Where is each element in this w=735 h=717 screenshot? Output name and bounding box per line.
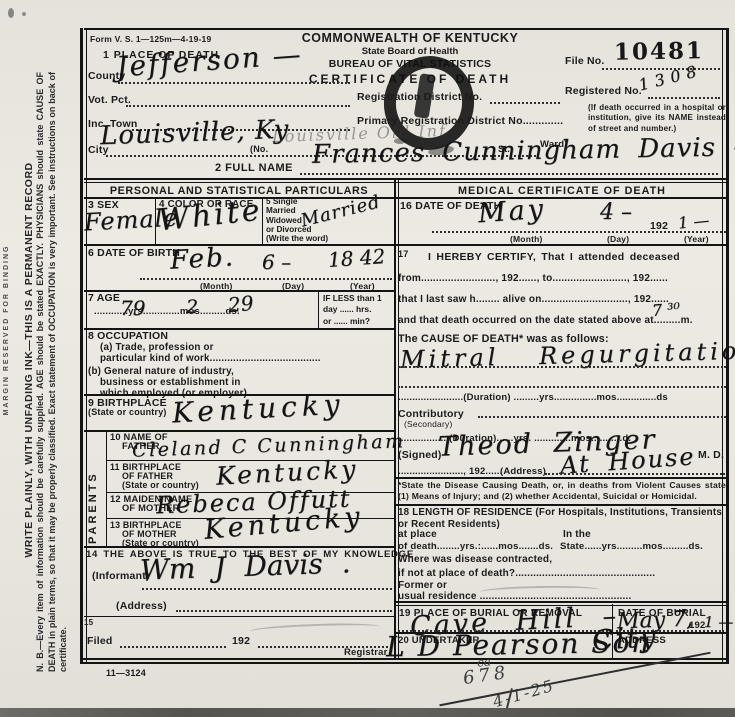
registration-district-line (490, 102, 560, 104)
row1-div2 (262, 197, 263, 244)
commonwealth-title: COMMONWEALTH OF KENTUCKY (270, 31, 550, 45)
scan-bottom-strip (0, 708, 735, 717)
certify-number: 17 (398, 249, 408, 259)
full-name-label: 2 FULL NAME (215, 162, 293, 174)
dod-row-bottom (395, 244, 729, 246)
dod-cap-year: (Year) (684, 234, 709, 244)
section-divider-top2 (84, 182, 729, 183)
right-title-underline (395, 197, 729, 199)
dob-year-value: 18 42 (327, 244, 386, 272)
occupation-line-b2: business or establishment in (100, 377, 241, 388)
age-subcell-div (318, 290, 319, 328)
parents-label: PARENTS (87, 448, 99, 544)
date-of-death-day: 4 – (600, 200, 632, 225)
frame-left-outer (80, 28, 83, 663)
burial-date-year-hw: 1 — (704, 613, 733, 631)
dob-label: 6 DATE OF BIRTH (88, 247, 180, 259)
at-place-death-line: of death........yrs.:......mos.......ds. (398, 541, 553, 552)
no-label: (No. (250, 144, 268, 154)
vot-pct-label: Vot. Pct. (88, 94, 131, 106)
full-name-line (300, 173, 718, 175)
date-of-death-line (432, 231, 726, 233)
occupation-line-a1: (a) Trade, profession or (100, 342, 214, 353)
filed-year-printed: 192 (232, 635, 250, 647)
signed-year-line: ......................., 192...... (398, 466, 502, 477)
signed-label: (Signed) (398, 449, 442, 461)
duration1-line: .......................(Duration) ......… (398, 392, 668, 403)
birthplace-sublabel: (State or country) (88, 407, 167, 417)
footnote-top-rule (395, 477, 729, 479)
margin-binding-text: MARGIN RESERVED FOR BINDING (3, 5, 13, 655)
marital-line: (Write the word) (266, 234, 328, 243)
dod-cap-day: (Day) (607, 234, 629, 244)
date-of-death-year-hw: 1 — (677, 210, 710, 232)
if-less-line: IF LESS than 1 (323, 293, 382, 304)
vot-pct-line (126, 105, 350, 107)
section-divider-top (84, 178, 729, 180)
registered-no-line (648, 97, 720, 99)
cause-line2 (398, 386, 726, 388)
margin-nb-note: N. B.—Every item of information should b… (35, 72, 75, 672)
if-less-line: day ...... hrs. (323, 304, 382, 315)
registrar-label: Registrar (344, 647, 388, 658)
registration-district-label: Registration District No. (357, 91, 482, 103)
signed-address-line (545, 473, 725, 475)
scan-corner-mark (8, 8, 14, 18)
residence-label: 18 LENGTH OF RESIDENCE (For Hospitals, I… (398, 507, 728, 531)
cause-footnote: *State the Disease Causing Death, or, in… (398, 480, 726, 501)
if-less-block: IF LESS than 1 day ...... hrs. or ......… (323, 293, 382, 327)
age-units-line: ............yrs.............mos.........… (94, 306, 240, 317)
scan-corner-dot (22, 12, 26, 16)
occupation-line-b1: (b) General nature of industry, (88, 366, 234, 377)
father-bp-label3: (State or country) (122, 480, 199, 490)
certify-from-line: from........................., 192......… (398, 273, 668, 284)
occupation-line-a2: particular kind of work.................… (100, 353, 321, 364)
parents-strip-div (106, 430, 107, 546)
frame-left-inner (86, 28, 87, 663)
death-time-value: 7 ³⁰ (651, 299, 681, 320)
footnote-bottom-rule (395, 504, 729, 506)
age-label: 7 AGE (88, 292, 120, 304)
informant-address-line (176, 610, 392, 612)
dob-line (140, 278, 392, 280)
contracted-line1: Where was disease contracted, (398, 554, 552, 565)
form-code: 11—3124 (106, 668, 146, 678)
contributory-line (478, 416, 726, 418)
hospital-note: (If death occurred in a hospital or inst… (588, 103, 726, 134)
frame-top (84, 28, 729, 30)
filed-row-top (84, 616, 395, 617)
certify-occurred-line: and that death occurred on the date stat… (398, 315, 693, 326)
md-label: M. D. (698, 449, 724, 461)
certify-saw-line: that I last saw h........ alive on......… (398, 294, 669, 305)
state-board-line: State Board of Health (270, 46, 550, 57)
date-of-death-month: May (477, 194, 547, 230)
undertaker-address-value: City (591, 620, 659, 657)
certify-text: I HEREBY CERTIFY, That I attended deceas… (428, 251, 680, 263)
form-number: Form V. S. 1—125m—4-19-19 (90, 34, 211, 44)
cause-line1 (398, 366, 726, 368)
row1-bottom (84, 244, 395, 246)
medical-title: MEDICAL CERTIFICATE OF DEATH (395, 185, 729, 197)
file-no-label: File No. (565, 55, 605, 67)
column-divider (394, 178, 396, 660)
occupation-label: 8 OCCUPATION (88, 330, 168, 342)
filed-line1 (120, 646, 226, 648)
registered-no-label: Registered No. (565, 85, 642, 97)
county-line (118, 82, 350, 84)
in-the-label: In the (563, 529, 591, 540)
secondary-label: (Secondary) (404, 419, 453, 429)
in-state-line: State......yrs.........mos.........ds. (560, 541, 703, 552)
if-less-line: or ...... min? (323, 316, 382, 327)
death-certificate-scan: MARGIN RESERVED FOR BINDING WRITE PLAINL… (0, 0, 735, 717)
signed-address-label: (Address) (500, 466, 546, 477)
dod-cap-month: (Month) (510, 234, 543, 244)
filed-label: Filed (87, 635, 113, 647)
item15-label: 15 (84, 618, 93, 627)
former-residence-line1: Former or (398, 580, 447, 591)
dob-month-value: Feb. (169, 242, 235, 275)
informant-address-label: (Address) (116, 600, 167, 612)
contracted-line2: if not at place of death?...............… (398, 568, 655, 579)
at-place-label: at place (398, 529, 437, 540)
dob-day-value: 6 – (262, 250, 291, 274)
informant-line (142, 588, 392, 590)
